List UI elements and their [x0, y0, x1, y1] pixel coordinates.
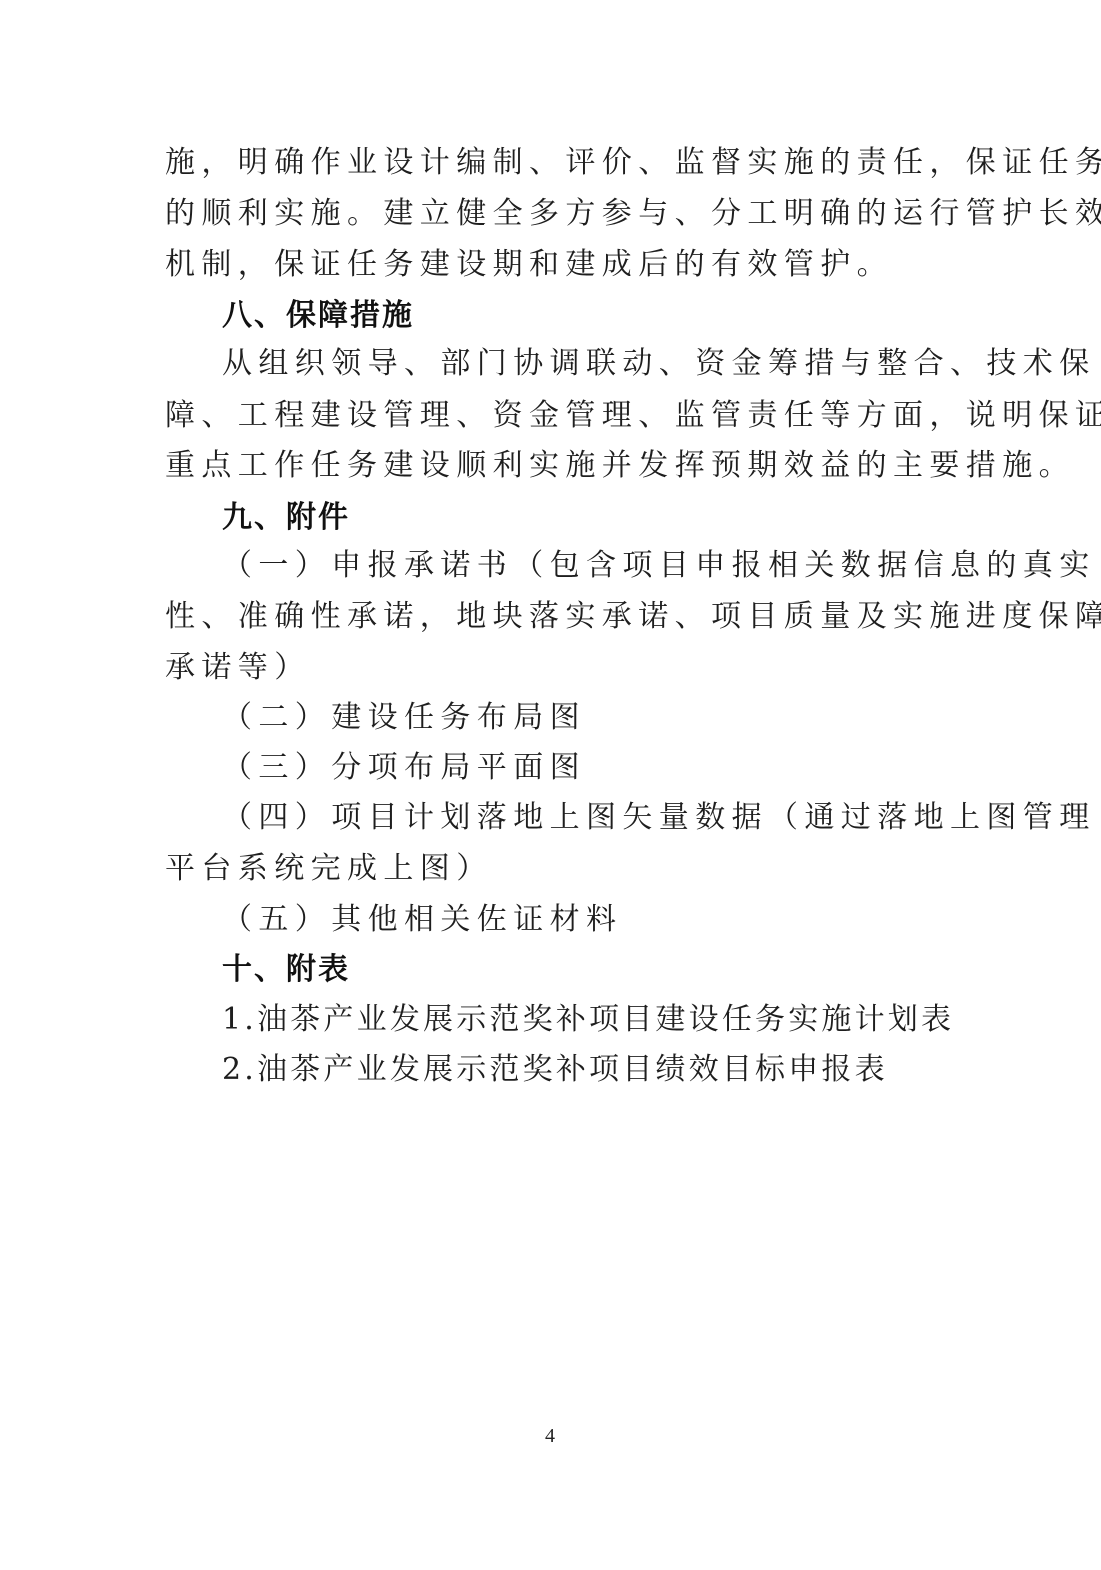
attachment-item: （三）分项布局平面图	[222, 743, 992, 793]
attachment-item: （一）申报承诺书（包含项目申报相关数据信息的真实	[222, 541, 992, 591]
schedule-item: 1.油茶产业发展示范奖补项目建设任务实施计划表	[222, 995, 992, 1045]
paragraph-line: 机制，保证任务建设期和建成后的有效管护。	[165, 240, 935, 290]
attachment-item-continued: 承诺等）	[165, 643, 935, 693]
section-heading-safeguards: 八、保障措施	[222, 291, 992, 341]
paragraph-line: 施，明确作业设计编制、评价、监督实施的责任，保证任务	[165, 138, 935, 188]
attachment-item-continued: 平台系统完成上图）	[165, 844, 935, 894]
attachment-item: （四）项目计划落地上图矢量数据（通过落地上图管理	[222, 793, 992, 843]
section-heading-schedules: 十、附表	[222, 945, 992, 995]
attachment-item-continued: 性、准确性承诺，地块落实承诺、项目质量及实施进度保障	[165, 592, 935, 642]
page-number: 4	[535, 1425, 565, 1448]
paragraph-line: 的顺利实施。建立健全多方参与、分工明确的运行管护长效	[165, 189, 935, 239]
paragraph-line: 从组织领导、部门协调联动、资金筹措与整合、技术保	[222, 339, 992, 389]
attachment-item: （二）建设任务布局图	[222, 693, 992, 743]
section-heading-attachments: 九、附件	[222, 493, 992, 543]
document-page: 施，明确作业设计编制、评价、监督实施的责任，保证任务 的顺利实施。建立健全多方参…	[0, 0, 1101, 1570]
paragraph-line: 障、工程建设管理、资金管理、监管责任等方面，说明保证	[165, 391, 935, 441]
attachment-item: （五）其他相关佐证材料	[222, 895, 992, 945]
schedule-item: 2.油茶产业发展示范奖补项目绩效目标申报表	[222, 1045, 992, 1095]
paragraph-line: 重点工作任务建设顺利实施并发挥预期效益的主要措施。	[165, 441, 935, 491]
